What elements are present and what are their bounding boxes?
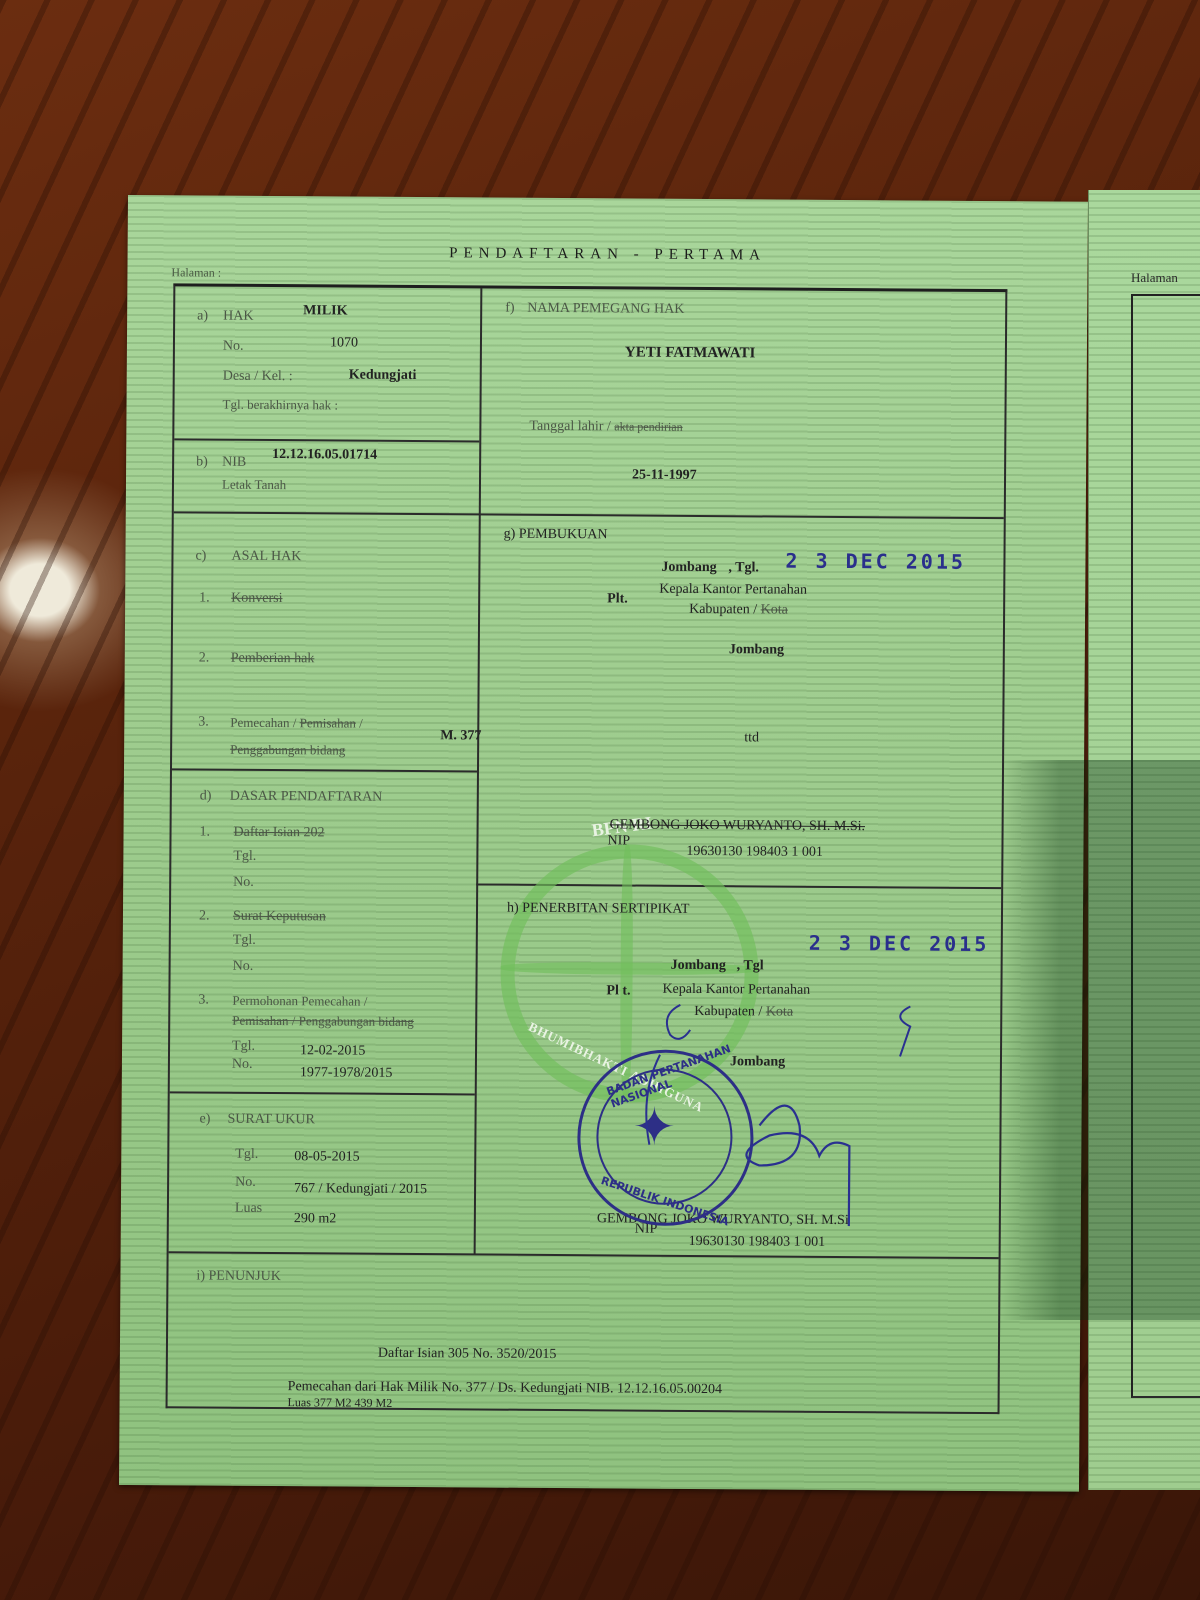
nib-value: 12.12.16.05.01714 (272, 447, 377, 464)
permohonan-pemecahan: Permohonan Pemecahan / (232, 993, 367, 1010)
section-title: NAMA PEMEGANG HAK (527, 301, 684, 318)
section-title: SURAT UKUR (227, 1112, 314, 1129)
tgl-label: Tgl. (235, 1147, 258, 1163)
row-divider (169, 1251, 999, 1258)
dob-value: 25-11-1997 (632, 468, 697, 484)
section-marker: h) PENERBITAN SERTIPIKAT (507, 901, 689, 918)
no-label: No. (232, 1057, 253, 1073)
facing-page: Halaman (1088, 190, 1200, 1490)
section-marker: c) (195, 548, 206, 564)
section-marker: b) (196, 454, 208, 470)
no-label: No. (233, 959, 254, 975)
nip-value: 19630130 198403 1 001 (689, 1234, 826, 1251)
dob-label: Tanggal lahir / akta pendirian (529, 419, 682, 436)
ttd-label: ttd (744, 730, 759, 746)
item-number: 1. (199, 591, 210, 607)
office-line: Kepala Kantor Pertanahan (659, 582, 807, 599)
item-number: 3. (198, 993, 209, 1009)
item-number: 2. (199, 909, 210, 925)
facing-page-frame (1131, 294, 1200, 1398)
row-divider (172, 768, 477, 772)
pemisahan-penggabungan: Pemisahan / Penggabungan bidang (232, 1013, 414, 1030)
registration-table: a) HAK MILIK No. 1070 Desa / Kel. : Kedu… (166, 283, 1008, 1414)
daftar-isian-202: Daftar Isian 202 (233, 825, 324, 842)
section-marker: a) (197, 308, 208, 324)
penerbitan-date-stamp: 2 3 DEC 2015 (809, 931, 990, 956)
item-number: 1. (199, 825, 210, 841)
no-label: No. (233, 875, 254, 891)
tgl-label: Tgl. (233, 933, 256, 949)
asal-value: M. 377 (440, 728, 481, 744)
section-marker: g) PEMBUKUAN (504, 527, 608, 544)
nip-value: 19630130 198403 1 001 (686, 844, 823, 861)
office-city: Jombang (729, 642, 784, 658)
section-surat-ukur: e) SURAT UKUR Tgl. 08-05-2015 No. 767 / … (175, 286, 1005, 292)
pembukuan-place: Jombang (661, 560, 716, 576)
section-marker: f) (505, 301, 514, 317)
pembukuan-date-stamp: 2 3 DEC 2015 (785, 549, 966, 574)
section-marker: i) PENUNJUK (196, 1269, 281, 1286)
row-divider (174, 511, 1004, 518)
nip-label: NIP (607, 833, 630, 849)
section-penerbitan-sertipikat: h) PENERBITAN SERTIPIKAT 2 3 DEC 2015 Jo… (175, 286, 1005, 292)
section-marker: e) (199, 1112, 210, 1128)
luas-line: Luas 377 M2 439 M2 (288, 1395, 393, 1411)
section-asal-hak: c) ASAL HAK 1. Konversi 2. Pemberian hak… (175, 286, 1005, 292)
daftar-isian-305: Daftar Isian 305 No. 3520/2015 (378, 1346, 557, 1363)
section-hak: a) HAK MILIK No. 1070 Desa / Kel. : Kedu… (175, 286, 1005, 292)
signature (639, 995, 941, 1237)
permohonan-no-value: 1977-1978/2015 (300, 1065, 393, 1082)
tgl-berakhir-label: Tgl. berakhirnya hak : (222, 397, 338, 414)
section-pembukuan: g) PEMBUKUAN Jombang , Tgl. 2 3 DEC 2015… (175, 286, 1005, 292)
row-divider (170, 1091, 475, 1095)
hak-label: HAK (223, 309, 253, 325)
tgl-label: Tgl. (233, 849, 256, 865)
nib-label: NIB (222, 455, 246, 471)
holder-name: YETI FATMAWATI (625, 344, 756, 362)
surat-keputusan: Surat Keputusan (233, 909, 326, 926)
plt-label: Pl t. (606, 983, 630, 999)
surat-ukur-no-value: 767 / Kedungjati / 2015 (294, 1181, 427, 1198)
luas-label: Luas (235, 1201, 262, 1217)
surat-ukur-tgl-value: 08-05-2015 (294, 1149, 359, 1165)
row-divider (174, 438, 479, 442)
tgl-label: Tgl. (232, 1039, 255, 1055)
section-title: DASAR PENDAFTARAN (230, 789, 383, 806)
office-line: Kabupaten / Kota (689, 602, 788, 619)
certificate-page: PENDAFTARAN - PERTAMA Halaman : a) HAK M… (119, 195, 1088, 1492)
surat-ukur-luas-value: 290 m2 (294, 1211, 337, 1227)
halaman-label: Halaman : (171, 265, 221, 280)
asal-konversi: Konversi (231, 591, 282, 607)
tgl-label: , Tgl. (728, 560, 759, 576)
penerbitan-place: Jombang (671, 958, 726, 974)
desa-value: Kedungjati (349, 368, 417, 384)
asal-pemberian-hak: Pemberian hak (231, 651, 315, 668)
no-label: No. (235, 1175, 256, 1191)
permohonan-tgl-value: 12-02-2015 (300, 1043, 365, 1059)
section-nib: b) NIB 12.12.16.05.01714 Letak Tanah (175, 286, 1005, 292)
letak-tanah-label: Letak Tanah (222, 477, 286, 493)
asal-penggabungan: Penggabungan bidang (230, 742, 345, 759)
plt-label: Plt. (607, 591, 628, 607)
section-marker: d) (200, 789, 212, 805)
section-title: ASAL HAK (231, 549, 301, 565)
desa-label: Desa / Kel. : (223, 369, 293, 385)
item-number: 3. (198, 715, 209, 731)
hak-value: MILIK (303, 303, 347, 319)
official-name: GEMBONG JOKO WURYANTO, SH. M.Si. (610, 817, 866, 835)
section-dasar-pendaftaran: d) DASAR PENDAFTARAN 1. Daftar Isian 202… (175, 286, 1005, 292)
document-title: PENDAFTARAN - PERTAMA (128, 243, 1088, 267)
asal-pemecahan: Pemecahan / Pemisahan / (230, 715, 363, 732)
item-number: 2. (199, 651, 210, 667)
section-nama-pemegang-hak: f) NAMA PEMEGANG HAK YETI FATMAWATI Tang… (175, 286, 1005, 292)
tgl-label: , Tgl (737, 958, 764, 974)
no-label: No. (223, 339, 244, 355)
section-penunjuk: i) PENUNJUK Daftar Isian 305 No. 3520/20… (175, 286, 1005, 292)
halaman-label: Halaman (1131, 270, 1178, 286)
no-value: 1070 (330, 335, 358, 351)
